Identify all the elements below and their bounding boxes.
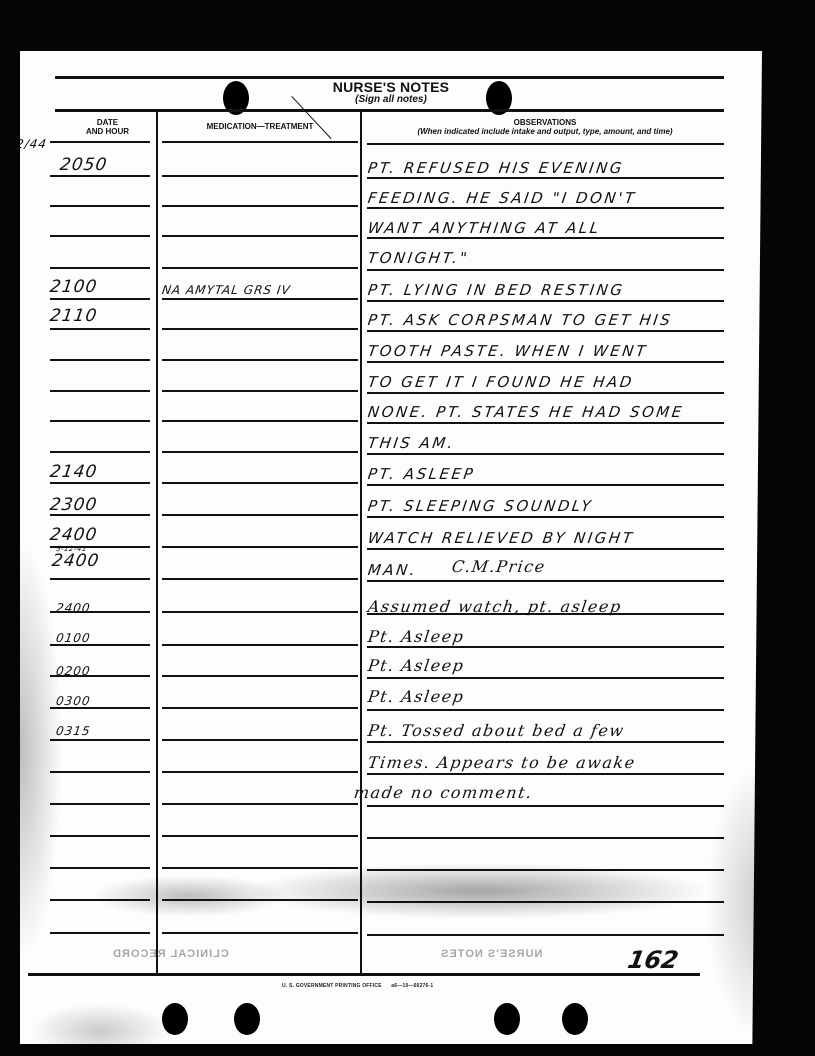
row-rule [50, 482, 150, 484]
row-rule [367, 484, 724, 486]
column-header-date-line1: DATE [60, 118, 155, 127]
binder-hole-bottom-3 [494, 1003, 520, 1035]
row-rule [367, 361, 724, 363]
row-rule [367, 773, 724, 775]
column-header-date-line2: AND HOUR [60, 127, 155, 136]
row-rule [162, 267, 358, 269]
row-rule [50, 835, 150, 837]
row-rule [162, 514, 358, 516]
row-time: 2050 [59, 155, 109, 175]
row-rule [162, 141, 358, 143]
row-rule [367, 805, 724, 807]
row-observation: FEEDING. HE SAID "I DON'T [367, 189, 638, 207]
row-observation: TOOTH PASTE. WHEN I WENT [367, 342, 649, 360]
column-header-observations-note: (When indicated include intake and outpu… [365, 127, 725, 136]
row-rule [162, 420, 358, 422]
row-rule [367, 300, 724, 302]
row-observation: WANT ANYTHING AT ALL [367, 219, 602, 237]
row-observation: TONIGHT." [367, 249, 471, 267]
row-rule [162, 235, 358, 237]
row-rule [367, 709, 724, 711]
nurses-notes-page: NURSE'S NOTES (Sign all notes) DATE AND … [20, 51, 762, 1044]
row-observation: PT. SLEEPING SOUNDLY [367, 497, 595, 515]
column-header-medication-label: MEDICATION—TREATMENT [160, 122, 360, 131]
column-divider-2 [360, 109, 362, 974]
row-observation: Assumed watch, pt. asleep [367, 597, 623, 616]
row-observation: WATCH RELIEVED BY NIGHT [367, 529, 636, 547]
row-rule [367, 869, 724, 871]
row-observation: PT. REFUSED HIS EVENING [367, 159, 626, 177]
row-rule [367, 330, 724, 332]
row-rule [50, 932, 150, 934]
column-header-date: DATE AND HOUR [60, 118, 155, 136]
column-header-medication: MEDICATION—TREATMENT [160, 122, 360, 131]
row-time: 2400 [51, 551, 101, 571]
column-divider-1 [156, 109, 158, 974]
row-rule [50, 803, 150, 805]
row-time: 0315 [55, 724, 92, 738]
nurse-signature: C.M.Price [451, 557, 547, 576]
row-rule [162, 803, 358, 805]
page-number: 162 [626, 946, 681, 974]
row-observation: PT. ASK CORPSMAN TO GET HIS [367, 311, 674, 329]
row-time: 2300 [49, 495, 99, 515]
binder-hole-bottom-4 [562, 1003, 588, 1035]
row-observation: Times. Appears to be awake [367, 753, 637, 772]
row-rule [367, 741, 724, 743]
row-rule [50, 175, 150, 177]
row-rule [162, 205, 358, 207]
row-observation: PT. ASLEEP [367, 465, 477, 483]
row-time: 2400 [49, 525, 99, 545]
row-time: 2110 [49, 306, 99, 326]
row-rule [162, 867, 358, 869]
row-rule [50, 451, 150, 453]
row-time: 0200 [55, 664, 92, 678]
row-time: 2100 [49, 277, 99, 297]
row-medication: NA AMYTAL GRS IV [161, 283, 292, 297]
binder-hole-bottom-2 [234, 1003, 260, 1035]
row-rule [367, 837, 724, 839]
row-rule [162, 328, 358, 330]
row-rule [162, 771, 358, 773]
row-rule [162, 707, 358, 709]
row-time: 0300 [55, 694, 92, 708]
row-time: 2400 [55, 601, 92, 615]
row-rule [367, 516, 724, 518]
row-rule [162, 546, 358, 548]
row-rule [162, 451, 358, 453]
stray-pen-mark-top [255, 27, 262, 38]
bleed-through-nurses-notes: NURSE'S NOTES [440, 948, 542, 960]
row-rule [367, 934, 724, 936]
row-rule [162, 611, 358, 613]
row-rule [367, 422, 724, 424]
row-rule [162, 482, 358, 484]
row-observation: made no comment. [353, 783, 534, 802]
row-rule [162, 739, 358, 741]
row-rule [367, 392, 724, 394]
row-rule [367, 548, 724, 550]
footer-rule [28, 973, 700, 976]
row-time: 0100 [55, 631, 92, 645]
row-rule [162, 359, 358, 361]
form-title: NURSE'S NOTES [20, 79, 762, 95]
row-rule [367, 207, 724, 209]
row-rule [367, 177, 724, 179]
row-rule [162, 835, 358, 837]
row-observation: MAN. [367, 561, 419, 579]
row-rule [50, 205, 150, 207]
row-rule [162, 390, 358, 392]
row-time: 2140 [49, 462, 99, 482]
binder-hole-bottom-1 [162, 1003, 188, 1035]
row-rule [162, 644, 358, 646]
row-rule [50, 899, 150, 901]
row-rule [367, 237, 724, 239]
row-rule [367, 901, 724, 903]
bleed-through-clinical-record: CLINICAL RECORD [112, 948, 229, 960]
row-rule [162, 175, 358, 177]
row-rule [50, 141, 150, 143]
row-rule [162, 578, 358, 580]
form-code: a6—10—66276-1 [391, 983, 433, 989]
row-rule [367, 453, 724, 455]
row-observation: Pt. Asleep [367, 687, 466, 706]
printer-imprint: U. S. GOVERNMENT PRINTING OFFICE a6—10—6… [282, 983, 433, 989]
row-rule [50, 267, 150, 269]
row-observation: THIS AM. [367, 434, 457, 452]
row-rule [162, 675, 358, 677]
row-rule [50, 771, 150, 773]
row-rule [50, 420, 150, 422]
row-rule [50, 235, 150, 237]
row-rule [50, 328, 150, 330]
row-rule [367, 143, 724, 145]
row-rule [50, 867, 150, 869]
row-observation: Pt. Tossed about bed a few [367, 721, 626, 740]
row-observation: Pt. Asleep [367, 627, 466, 646]
printer-name: U. S. GOVERNMENT PRINTING OFFICE [282, 983, 382, 989]
row-rule [367, 580, 724, 582]
row-rule [367, 646, 724, 648]
row-rule [50, 359, 150, 361]
row-observation: NONE. PT. STATES HE HAD SOME [367, 403, 685, 421]
form-subtitle: (Sign all notes) [20, 94, 762, 105]
row-observation: TO GET IT I FOUND HE HAD [367, 373, 635, 391]
row-observation: Pt. Asleep [367, 656, 466, 675]
row-rule [50, 739, 150, 741]
row-rule [50, 298, 150, 300]
column-header-observations: OBSERVATIONS (When indicated include int… [365, 118, 725, 136]
row-observation: PT. LYING IN BED RESTING [367, 281, 626, 299]
margin-date-mark: 2/44 [15, 137, 48, 151]
row-rule [162, 899, 358, 901]
column-header-observations-label: OBSERVATIONS [365, 118, 725, 127]
row-rule [50, 578, 150, 580]
row-rule [367, 269, 724, 271]
row-rule [162, 932, 358, 934]
row-rule [367, 677, 724, 679]
row-rule [50, 390, 150, 392]
row-rule [162, 298, 358, 300]
